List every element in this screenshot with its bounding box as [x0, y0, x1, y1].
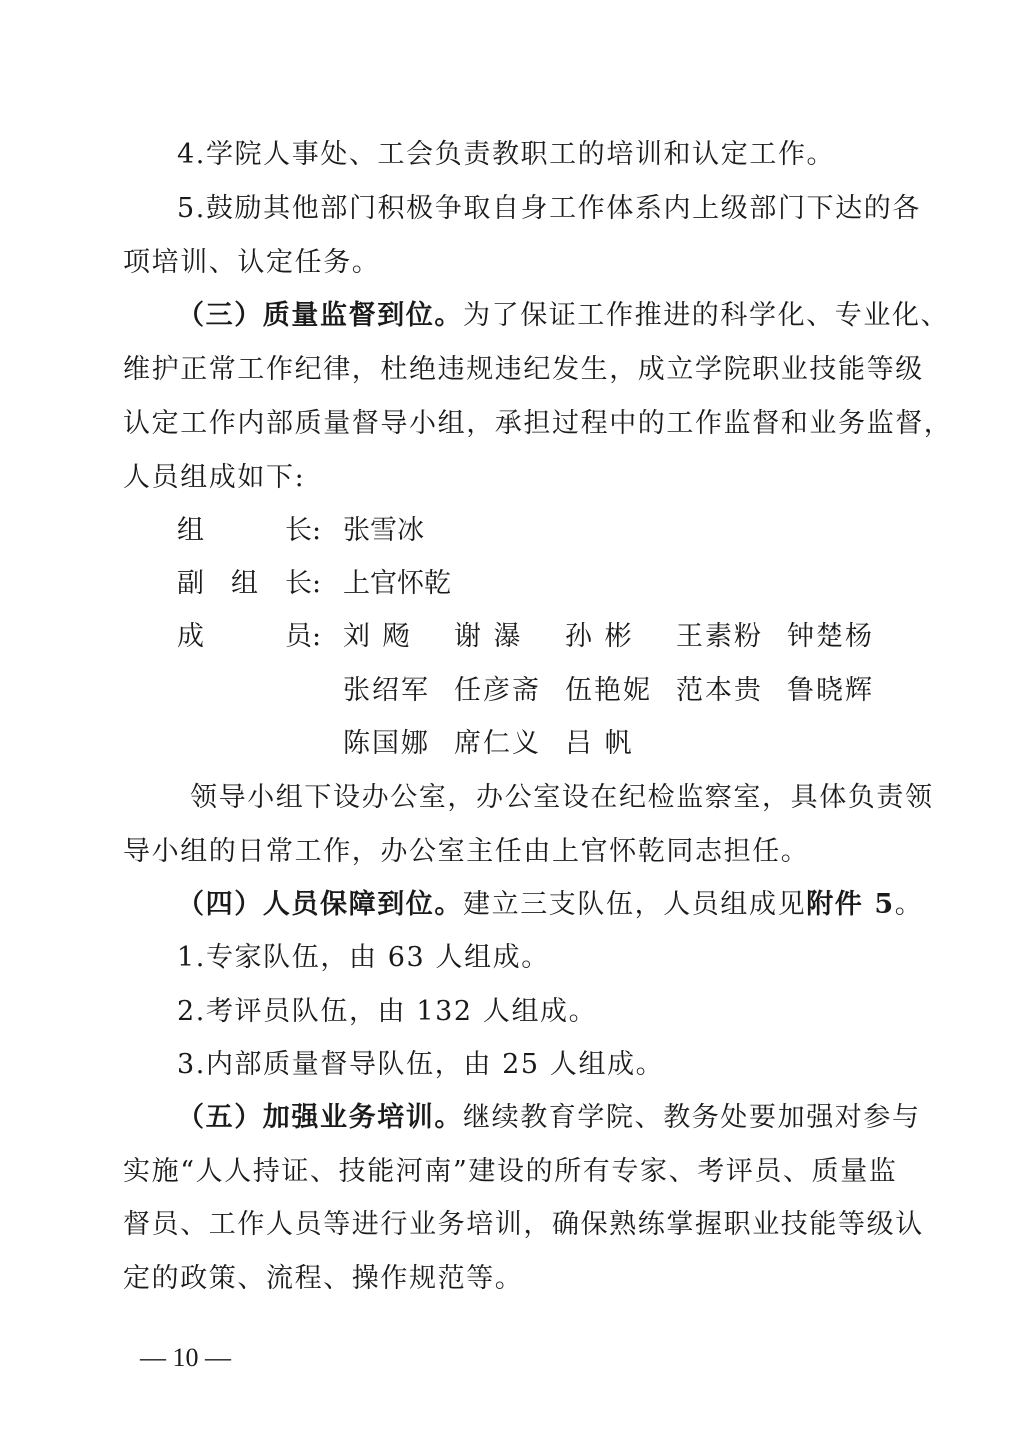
members-label: 成员: [177, 620, 321, 654]
page-number: — 10 — [140, 1343, 231, 1373]
section3-line1: （三）质量监督到位。为了保证工作推进的科学化、专业化、 [177, 299, 957, 333]
office-note-line2: 导小组的日常工作，办公室主任由上官怀乾同志担任。 [123, 835, 903, 869]
member-name: 谢 瀑 [454, 620, 565, 654]
deputy-label: 副组长: [177, 567, 321, 601]
section3-line2: 维护正常工作纪律，杜绝违规违纪发生，成立学院职业技能等级 [123, 353, 903, 387]
members-row-2: 张绍军任彦斋伍艳妮范本贵鲁晓辉 [343, 674, 898, 708]
section4-heading: （四）人员保障到位。 [177, 889, 463, 920]
section5-line2: 实施“人人持证、技能河南”建设的所有专家、考评员、质量监 [123, 1155, 903, 1189]
item-4: 4.学院人事处、工会负责教职工的培训和认定工作。 [177, 138, 957, 172]
member-name: 刘 飏 [343, 620, 454, 654]
member-name: 王素粉 [676, 620, 787, 654]
section3-heading: （三）质量监督到位。 [177, 300, 463, 331]
section4-line1: （四）人员保障到位。建立三支队伍，人员组成见附件 5。 [177, 888, 957, 922]
section3-line3: 认定工作内部质量督导小组，承担过程中的工作监督和业务监督， [123, 407, 903, 441]
section3-line4: 人员组成如下: [123, 461, 903, 495]
member-name: 任彦斋 [454, 674, 565, 708]
member-name: 伍艳妮 [565, 674, 676, 708]
member-name: 吕 帆 [565, 727, 676, 761]
section5-line3: 督员、工作人员等进行业务培训，确保熟练掌握职业技能等级认 [123, 1208, 903, 1242]
member-name: 席仁义 [454, 727, 565, 761]
item-5-line1: 5.鼓励其他部门积极争取自身工作体系内上级部门下达的各 [177, 192, 957, 226]
members-row-1: 刘 飏谢 瀑孙 彬王素粉钟楚杨 [343, 620, 898, 654]
document-page: 4.学院人事处、工会负责教职工的培训和认定工作。 5.鼓励其他部门积极争取自身工… [0, 0, 1024, 1448]
leader-name: 张雪冰 [343, 514, 424, 548]
item-5-line2: 项培训、认定任务。 [123, 246, 903, 280]
team-item-3: 3.内部质量督导队伍，由 25 人组成。 [177, 1048, 957, 1082]
member-name: 孙 彬 [565, 620, 676, 654]
team-item-1: 1.专家队伍，由 63 人组成。 [177, 941, 957, 975]
office-note-line1: 领导小组下设办公室，办公室设在纪检监察室，具体负责领 [190, 781, 970, 815]
member-name: 陈国娜 [343, 727, 454, 761]
section5-text: 继续教育学院、教务处要加强对参与 [463, 1102, 921, 1133]
section5-line4: 定的政策、流程、操作规范等。 [123, 1262, 903, 1296]
member-name: 钟楚杨 [787, 620, 898, 654]
section5-heading: （五）加强业务培训。 [177, 1102, 463, 1133]
members-row-3: 陈国娜席仁义吕 帆 [343, 727, 676, 761]
leader-label: 组长: [177, 514, 321, 548]
member-name: 鲁晓辉 [787, 674, 898, 708]
member-name: 张绍军 [343, 674, 454, 708]
deputy-name: 上官怀乾 [343, 567, 451, 601]
attachment-reference: 附件 5 [806, 889, 895, 920]
section4-text: 建立三支队伍，人员组成见 [463, 889, 806, 920]
team-item-2: 2.考评员队伍，由 132 人组成。 [177, 995, 957, 1029]
section3-text: 为了保证工作推进的科学化、专业化、 [463, 300, 949, 331]
section5-line1: （五）加强业务培训。继续教育学院、教务处要加强对参与 [177, 1101, 957, 1135]
member-name: 范本贵 [676, 674, 787, 708]
